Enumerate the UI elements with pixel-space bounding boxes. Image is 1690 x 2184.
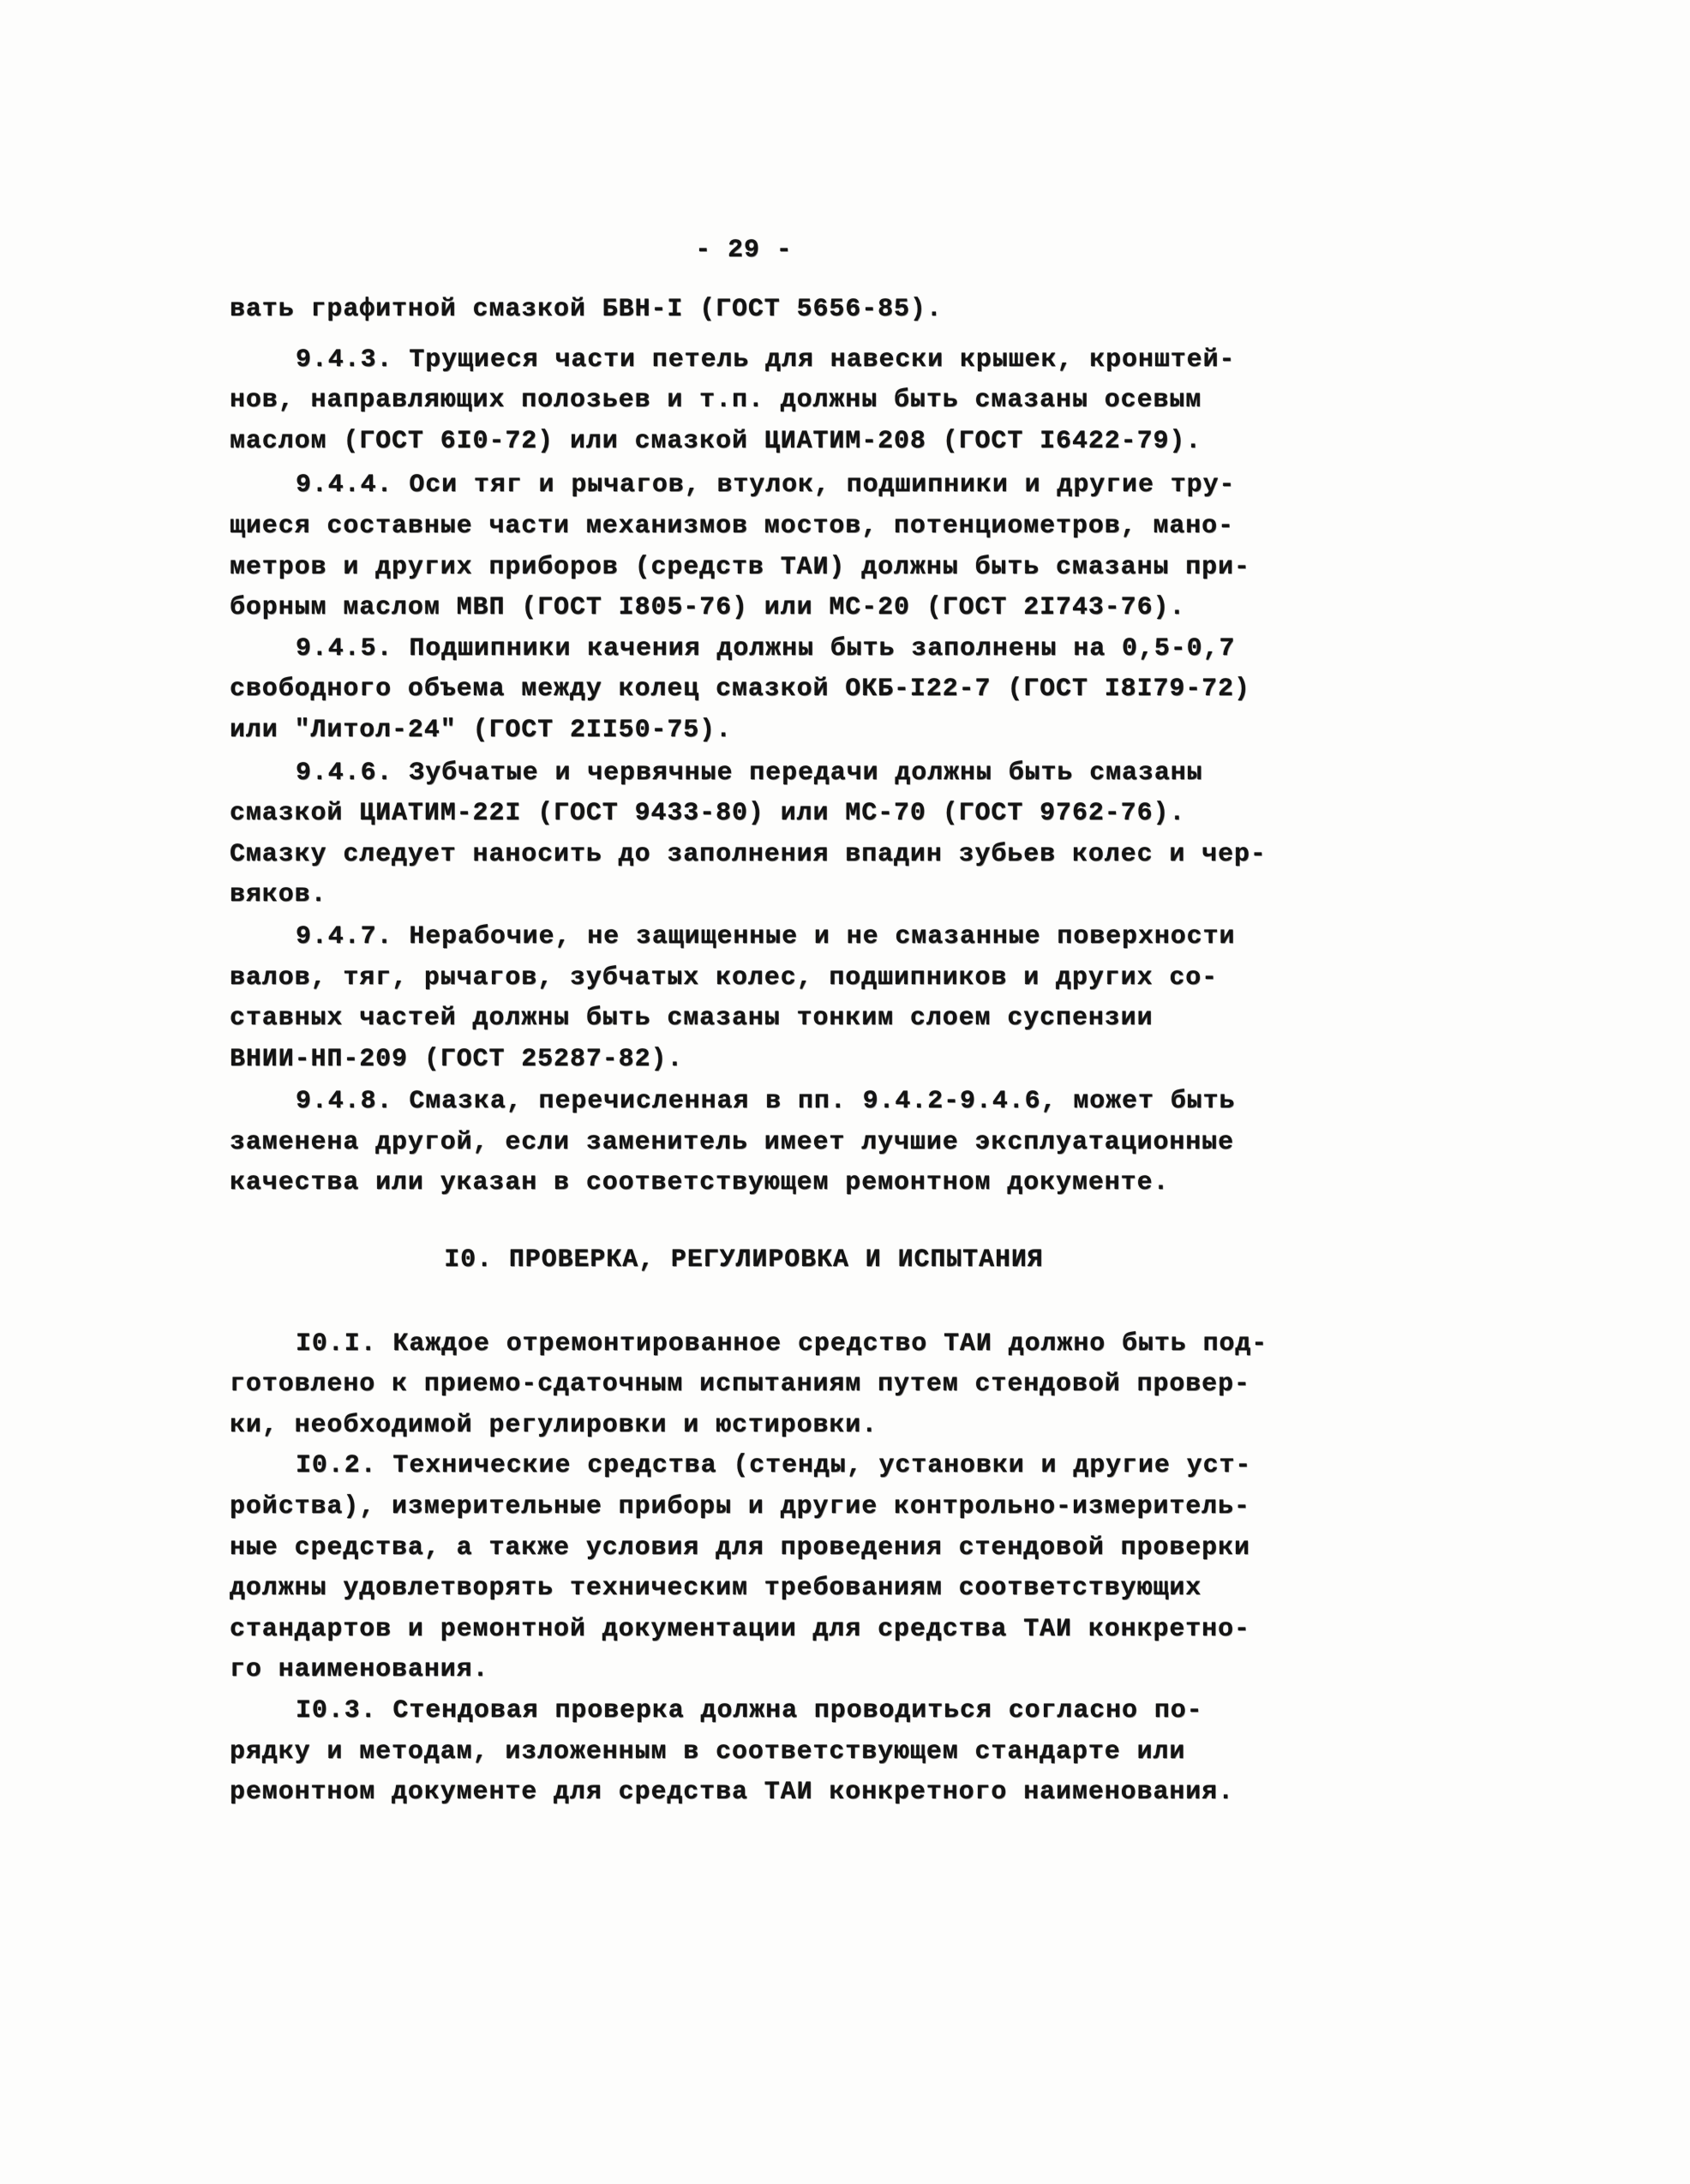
paragraph-9-4-8: 9.4.8. Смазка, перечисленная в пп. 9.4.2…: [230, 1082, 1258, 1204]
paragraph-9-4-6: 9.4.6. Зубчатые и червячные передачи дол…: [230, 753, 1258, 916]
paragraph-9-4-7: 9.4.7. Нерабочие, не защищенные и не сма…: [230, 917, 1258, 1080]
document-body: вать графитной смазкой БВН-I (ГОСТ 5656-…: [230, 290, 1258, 1814]
paragraph-9-4-4: 9.4.4. Оси тяг и рычагов, втулок, подшип…: [230, 465, 1258, 628]
scanned-document-page: - 29 - вать графитной смазкой БВН-I (ГОС…: [0, 0, 1690, 2184]
section-heading-10: I0. ПРОВЕРКА, РЕГУЛИРОВКА И ИСПЫТАНИЯ: [230, 1240, 1258, 1281]
page-number: - 29 -: [230, 233, 1258, 267]
paragraph-9-4-2-continuation: вать графитной смазкой БВН-I (ГОСТ 5656-…: [230, 290, 1258, 331]
paragraph-9-4-3: 9.4.3. Трущиеся части петель для навески…: [230, 340, 1258, 463]
paragraph-9-4-5: 9.4.5. Подшипники качения должны быть за…: [230, 629, 1258, 752]
paragraph-10-3: I0.3. Стендовая проверка должна проводит…: [230, 1691, 1258, 1814]
paragraph-10-1: I0.I. Каждое отремонтированное средство …: [230, 1324, 1258, 1447]
paragraph-10-2: I0.2. Технические средства (стенды, уста…: [230, 1446, 1258, 1691]
